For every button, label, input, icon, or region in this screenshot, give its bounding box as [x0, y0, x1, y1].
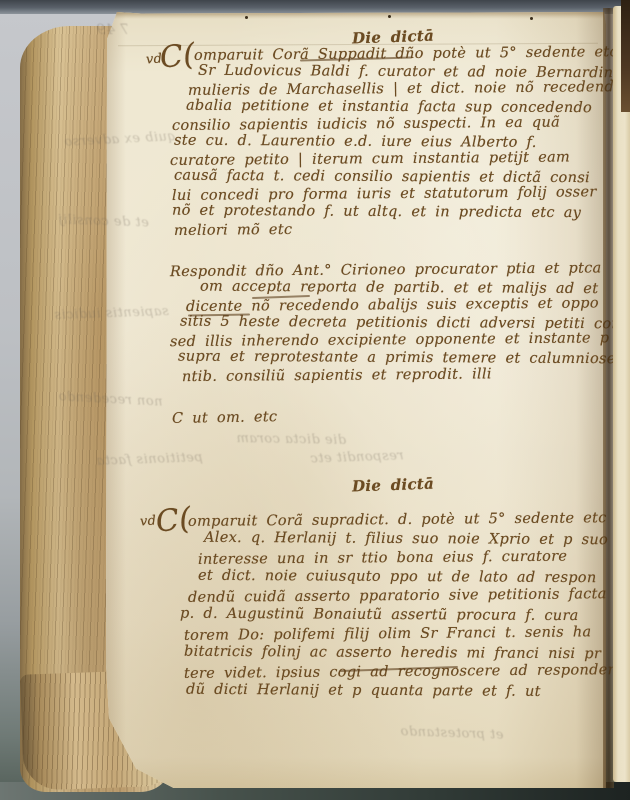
entry-heading-die-dicta: Die dictā [352, 27, 435, 48]
closing-formula-line: C ut om. etc [172, 409, 278, 427]
binding-cover-sliver [621, 0, 630, 112]
entry-paragraph-2: Respondit dño Ant.° Cirioneo procurator … [170, 262, 630, 385]
manuscript-line: dũ dicti Herlanij et p quanta parte et f… [186, 681, 617, 703]
facing-leaf-edge [613, 6, 630, 782]
ghost-text: die dicta coram [236, 431, 346, 448]
manuscript-line: meliori mõ etc [174, 219, 623, 240]
entry-paragraph-1: omparuit Corã Suppadit dño potè ut 5° se… [186, 46, 623, 239]
ink-speck [388, 15, 391, 18]
ink-speck [245, 16, 248, 19]
ink-speck [530, 17, 533, 20]
entry-heading-die-dicta: Die dictā [352, 475, 435, 496]
ghost-text: et de consilij [58, 212, 149, 230]
entry-paragraph-3: omparuit Corã supradict. d. potè ut 5° s… [184, 511, 617, 701]
margin-mark-vd: vd [139, 513, 156, 529]
ghost-folio-number: 7 49 [96, 22, 129, 38]
manuscript-photo: { "photo": { "background_gray": "#bdc0c4… [0, 0, 630, 800]
photo-top-shadow [0, 0, 630, 14]
manuscript-line: ntib. consiliũ sapientis et reprodit. il… [182, 365, 630, 387]
